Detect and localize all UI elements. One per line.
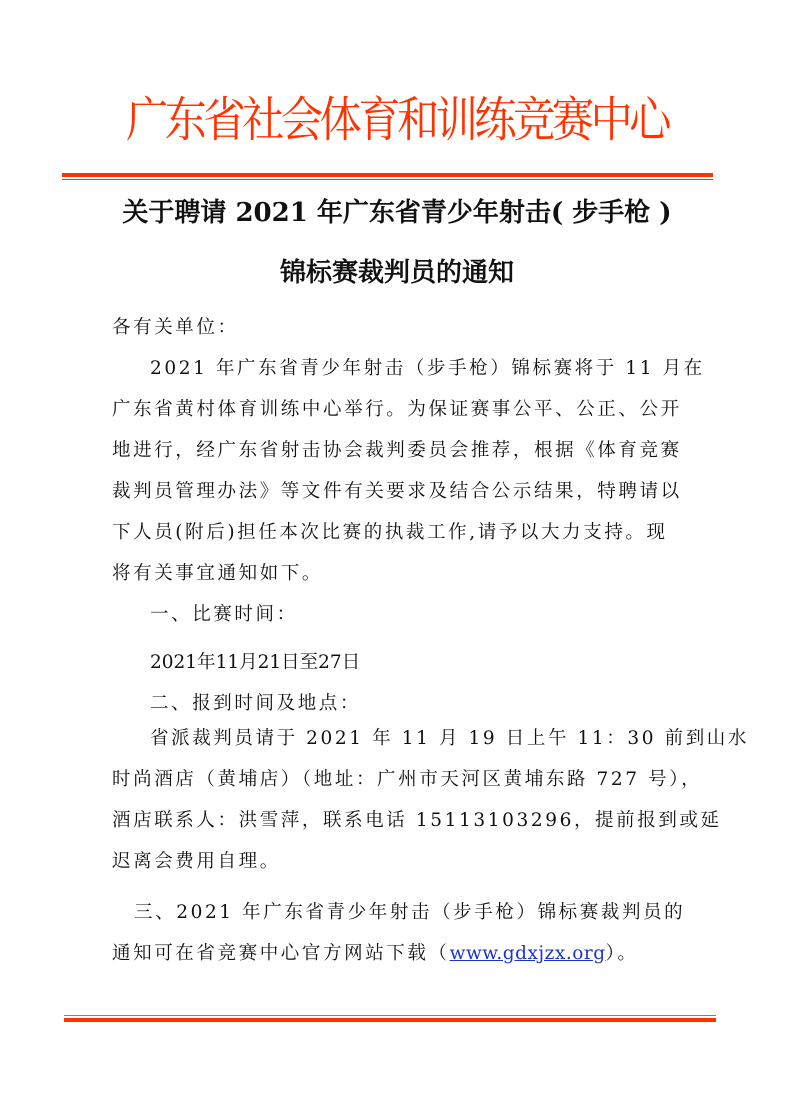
letterhead-org-name: 广东省社会体育和训练竞赛中心 — [48, 90, 747, 150]
letterhead-divider-thin — [62, 179, 713, 180]
section-3-prefix: 通知可在省竞赛中心官方网站下载（ — [112, 943, 450, 964]
intro-line: 2021 年广东省青少年射击（步手枪）锦标赛将于 11 月在 — [150, 357, 730, 381]
letterhead-divider-thick — [62, 173, 713, 177]
section-3-line-2: 通知可在省竞赛中心官方网站下载（www.gdxjzx.org）。 — [112, 942, 692, 966]
footer-divider-thin — [64, 1015, 716, 1016]
section-1-content: 2021年11月21日至27日 — [150, 651, 730, 675]
salutation: 各有关单位： — [112, 316, 692, 340]
document-title-line-2: 锦标赛裁判员的通知 — [0, 256, 794, 290]
intro-line: 将有关事宜通知如下。 — [112, 562, 692, 586]
website-link[interactable]: www.gdxjzx.org — [450, 943, 606, 964]
intro-line: 地进行，经广东省射击协会裁判委员会推荐，根据《体育竞赛 — [112, 439, 692, 463]
section-2-line: 酒店联系人：洪雪萍，联系电话 15113103296，提前报到或延 — [112, 809, 692, 833]
intro-line: 下人员(附后)担任本次比赛的执裁工作,请予以大力支持。现 — [112, 521, 692, 545]
intro-line: 广东省黄村体育训练中心举行。为保证赛事公平、公正、公开 — [112, 398, 692, 422]
section-2-line: 迟离会费用自理。 — [112, 850, 692, 874]
section-3-suffix: ）。 — [606, 943, 639, 964]
footer-divider-thick — [64, 1018, 716, 1022]
section-1-heading: 一、比赛时间： — [150, 603, 730, 627]
intro-line: 裁判员管理办法》等文件有关要求及结合公示结果，特聘请以 — [112, 480, 692, 504]
document-title-line-1: 关于聘请 2021 年广东省青少年射击( 步手枪 ) — [0, 196, 794, 230]
section-3-line-1: 三、2021 年广东省青少年射击（步手枪）锦标赛裁判员的 — [134, 901, 714, 925]
section-2-heading: 二、报到时间及地点： — [150, 692, 730, 716]
section-2-line: 时尚酒店（黄埔店）（地址：广州市天河区黄埔东路 727 号）， — [112, 768, 692, 792]
section-2-line: 省派裁判员请于 2021 年 11 月 19 日上午 11：30 前到山水 — [150, 727, 730, 751]
document-page: 广东省社会体育和训练竞赛中心 关于聘请 2021 年广东省青少年射击( 步手枪 … — [0, 0, 794, 1108]
